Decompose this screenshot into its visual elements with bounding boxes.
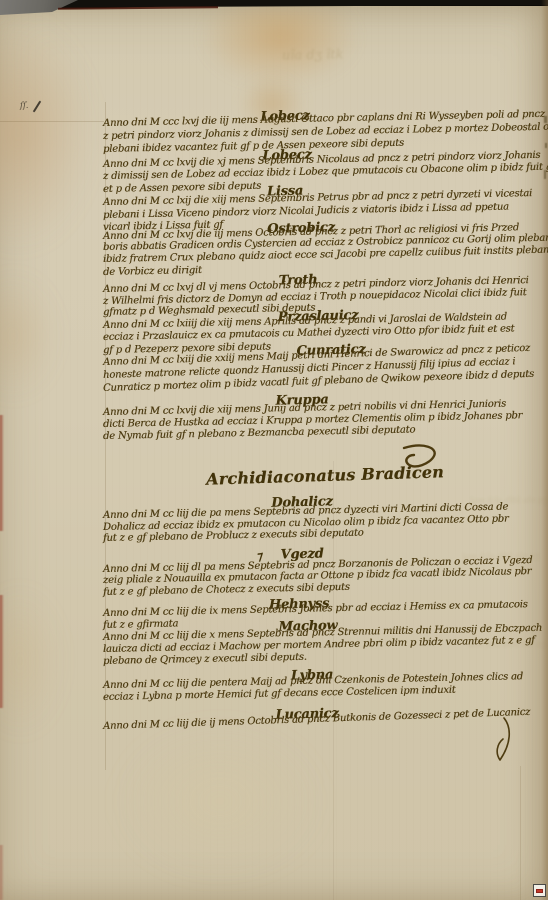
margin-ink-mark: ſſ. xyxy=(20,101,28,110)
bleedthrough-text: uĩa dʒ ĩtk xyxy=(282,47,344,63)
cover-edge-red xyxy=(0,595,4,708)
manuscript-line: de Vorbicz eu dirigit xyxy=(103,265,202,278)
manuscript-photo: uĩa dʒ ĩtk ĩam ſcĩa dĩtũ aĩo pʒ ĩam ſcĩa… xyxy=(0,0,548,900)
margin-ruling-horizontal xyxy=(0,121,104,122)
cover-edge-red xyxy=(0,415,4,531)
manuscript-line: fut z e gfirmata xyxy=(103,618,178,631)
collapse-button[interactable] xyxy=(533,884,546,897)
page-right-edge xyxy=(541,0,548,900)
page-gutter-line xyxy=(520,766,521,900)
ink-speck xyxy=(545,143,547,148)
descender-flourish-icon xyxy=(488,716,514,768)
cover-edge-red xyxy=(0,845,4,900)
minus-icon xyxy=(536,889,543,893)
